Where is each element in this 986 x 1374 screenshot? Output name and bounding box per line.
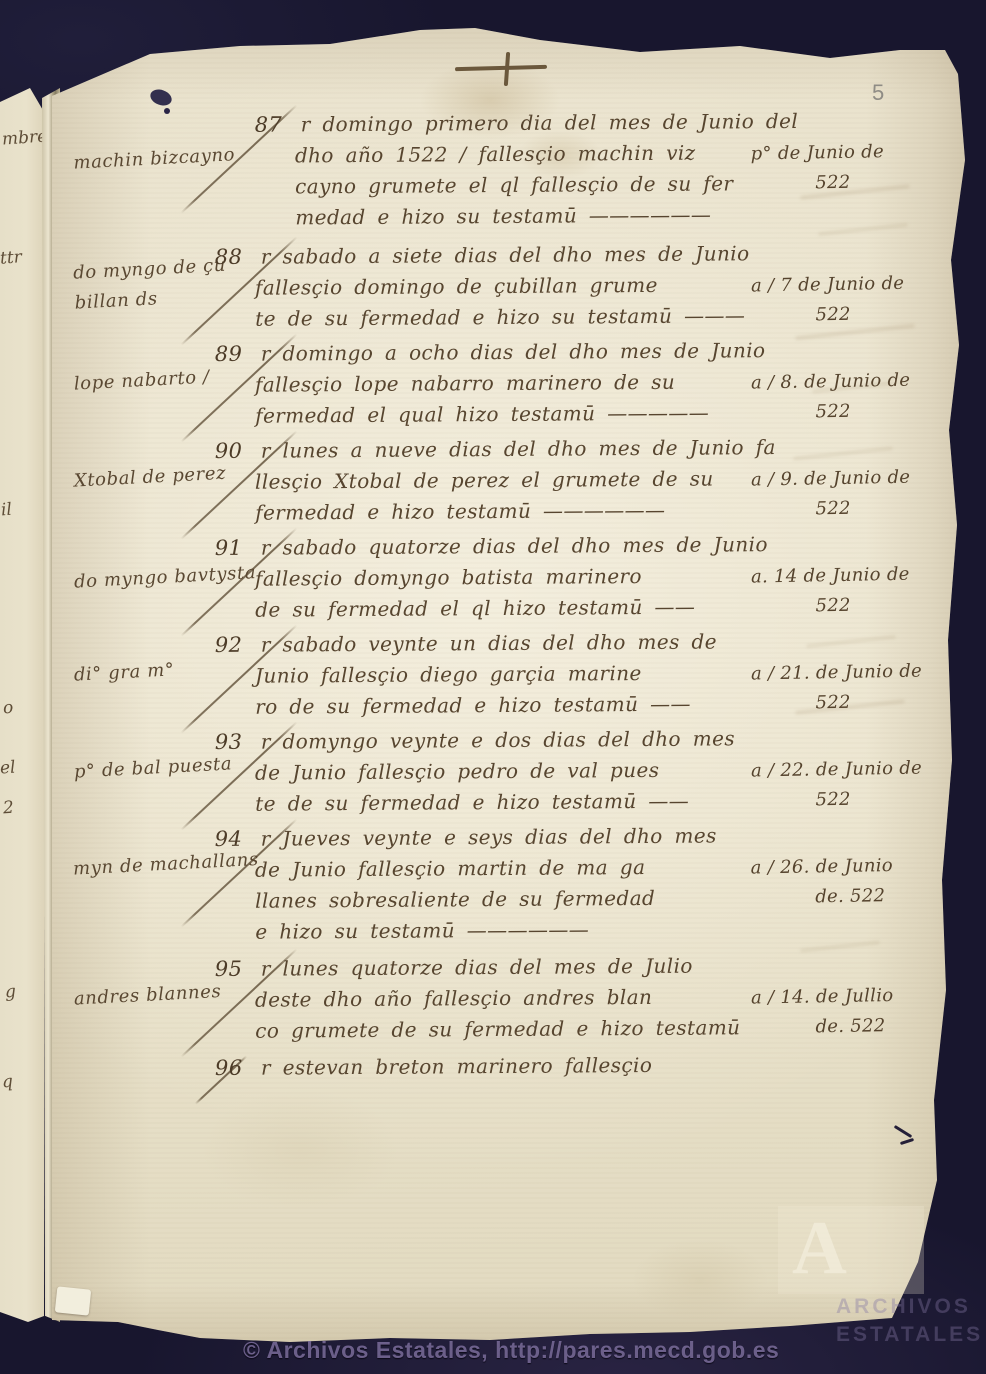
entry-more-lines: dho año 1522 / fallesçio machin vizcayno… [295, 137, 746, 233]
margin-date-line: p° de Junio de [750, 136, 929, 169]
entry-first-line: 96r estevan breton marinero fallesçio [255, 1049, 745, 1083]
entry-body-text: 88r sabado a siete dias del dho mes de J… [255, 238, 746, 334]
entry-number: 93 [215, 727, 261, 758]
margin-date: a / 26. de Junio de. 522 [744, 820, 931, 947]
entry-line-text: r domingo a ocho dias del dho mes de Jun… [261, 338, 766, 366]
entry-line-text: co grumete de su fermedad e hizo testamū [255, 1012, 745, 1046]
margin-name-line: machin bizcayno [73, 141, 255, 176]
entry-first-line: 87r domingo primero dia del mes de Junio… [295, 106, 745, 140]
margin-date-year: 522 [751, 589, 930, 622]
entry-body-text: 95r lunes quatorze dias del mes de Julio… [255, 950, 746, 1046]
entry-number: 90 [215, 436, 261, 467]
entry-first-line: 92r sabado veynte un dias del dho mes de [255, 626, 745, 660]
entry-line-text: r lunes a nueve dias del dho mes de Juni… [261, 435, 776, 463]
ink-mark [894, 1125, 913, 1138]
copyright-watermark: © Archivos Estatales, http://pares.mecd.… [243, 1337, 779, 1364]
margin-date-line: a / 21. de Junio de [751, 656, 930, 689]
register-entries-list: machin bizcayno 87r domingo primero dia … [70, 108, 930, 1086]
watermark-text-line: ARCHIVOS [836, 1293, 986, 1321]
entry-first-line: 90r lunes a nueve dias del dho mes de Ju… [255, 432, 745, 466]
margin-date-year: de. 522 [751, 1010, 930, 1043]
margin-date: a / 21. de Junio de 522 [744, 626, 931, 722]
entry-line-text: fermedad el qual hizo testamū ————— [255, 397, 745, 431]
paper-chip [55, 1286, 92, 1315]
entry-line-text: te de su fermedad e hizo testamū —— [255, 785, 745, 819]
facing-page-text-fragment: ttr [0, 247, 22, 268]
ae-logo-watermark: A [778, 1206, 924, 1294]
facing-page-text-fragment: o [2, 698, 14, 719]
entry-first-line: 91r sabado quatorze dias del dho mes de … [255, 529, 745, 563]
entry-line-text: r sabado a siete dias del dho mes de Jun… [261, 241, 750, 268]
entry-more-lines: Junio fallesçio diego garçia marinero de… [255, 657, 745, 722]
entry-line-text: de su fermedad el ql hizo testamū —— [255, 591, 745, 625]
margin-date: a / 7 de Junio de 522 [744, 238, 931, 334]
margin-date: a / 8. de Junio de 522 [744, 335, 931, 431]
entry-line-text: ro de su fermedad e hizo testamū —— [255, 688, 745, 722]
entry-line-text: llesçio Xtobal de perez el grumete de su [255, 463, 745, 497]
entry-line-text: medad e hizo su testamū —————— [295, 199, 745, 233]
entry-line-text: fallesçio domyngo batista marinero [255, 560, 745, 594]
margin-date-line: a / 26. de Junio [750, 850, 929, 883]
margin-date: p° de Junio de 522 [744, 106, 931, 233]
facing-page-text-fragment: il [0, 500, 12, 521]
entry-first-line: 88r sabado a siete dias del dho mes de J… [255, 238, 745, 272]
watermark-text-line: ESTATALES [836, 1321, 986, 1349]
entry-more-lines: llesçio Xtobal de perez el grumete de su… [255, 463, 745, 528]
scanned-manuscript-background: mbre ttr il o el 2 g q 5 [0, 0, 986, 1374]
margin-date [745, 1049, 931, 1083]
manuscript-page: 5 machin bizcayno 87r domin [0, 0, 986, 1374]
margin-name-line: do myngo bavtysta [73, 560, 255, 595]
archivos-estatales-watermark: ARCHIVOS ESTATALES [836, 1293, 986, 1349]
entry-line-text: r domyngo veynte e dos dias del dho mes [261, 726, 735, 753]
entry-line-text: r sabado quatorze dias del dho mes de Ju… [261, 532, 768, 560]
entry-line-text: r domingo primero dia del mes de Junio d… [301, 109, 799, 136]
entry-line-text: de Junio fallesçio pedro de val pues [255, 754, 745, 788]
margin-date-line: a / 22. de Junio de [751, 753, 930, 786]
register-entry: lope nabarto / 89r domingo a ocho dias d… [70, 337, 930, 430]
margin-date-line [751, 1079, 930, 1082]
entry-line-text: r estevan breton marinero fallesçio [261, 1053, 652, 1080]
register-entry: Xtobal de perez 90r lunes a nueve dias d… [70, 434, 930, 527]
facing-page-text-fragment: 2 [2, 798, 14, 819]
margin-date-year: 522 [751, 166, 930, 199]
margin-date: a / 9. de Junio de 522 [744, 432, 931, 528]
margin-date-line: a / 14. de Jullio [751, 980, 930, 1013]
entry-more-lines: fallesçio lope nabarro marinero de sufer… [255, 366, 745, 431]
margin-date-year: 522 [751, 298, 930, 331]
entry-body-text: 90r lunes a nueve dias del dho mes de Ju… [255, 432, 746, 528]
ink-mark [900, 1138, 914, 1145]
folio-page-number: 5 [872, 80, 884, 106]
entry-number: 87 [255, 109, 301, 140]
margin-date-year: 522 [751, 395, 930, 428]
register-entry: p° de bal puesta 93r domyngo veynte e do… [70, 725, 930, 818]
entry-line-text: Junio fallesçio diego garçia marine [255, 657, 745, 691]
margin-date-year [751, 1079, 930, 1082]
entry-body-text: 96r estevan breton marinero fallesçio [255, 1049, 745, 1083]
register-entry: myn de machallans 94r Jueves veynte e se… [70, 822, 930, 946]
margin-date-year: 522 [751, 686, 930, 719]
entry-line-text: r lunes quatorze dias del mes de Julio [261, 954, 693, 981]
margin-date: a / 22. de Junio de 522 [744, 723, 931, 819]
entry-line-text: fallesçio domingo de çubillan grume [255, 269, 745, 303]
entry-body-text: 87r domingo primero dia del mes de Junio… [255, 106, 746, 233]
facing-page-text-fragment: q [1, 1072, 13, 1093]
entry-first-line: 94r Jueves veynte e seys dias del dho me… [255, 820, 745, 854]
entry-number: 96 [215, 1053, 261, 1084]
register-entry: di° gra m° 92r sabado veynte un dias del… [70, 628, 930, 721]
entry-line-text: e hizo su testamū —————— [255, 913, 745, 947]
register-entry: andres blannes 95r lunes quatorze dias d… [70, 952, 930, 1045]
entry-body-text: 94r Jueves veynte e seys dias del dho me… [255, 820, 746, 947]
entry-line-text: deste dho año fallesçio andres blan [255, 981, 745, 1015]
entry-line-text: cayno grumete el ql fallesçio de su fer [295, 168, 745, 202]
register-entry: machin bizcayno 87r domingo primero dia … [70, 108, 930, 232]
entry-more-lines: de Junio fallesçio pedro de val pueste d… [255, 754, 745, 819]
register-entry: 96r estevan breton marinero fallesçio [70, 1051, 930, 1082]
ink-blot [148, 87, 174, 109]
entry-more-lines: fallesçio domyngo batista marinerode su … [255, 560, 745, 625]
margin-date-line: a / 9. de Junio de [751, 462, 930, 495]
margin-date-year: de. 522 [751, 880, 930, 913]
entry-body-text: 93r domyngo veynte e dos dias del dho me… [255, 723, 746, 819]
entry-line-text: te de su fermedad e hizo su testamū ——— [255, 300, 745, 334]
margin-date: a. 14 de Junio de 522 [744, 529, 931, 625]
entry-line-text: dho año 1522 / fallesçio machin viz [295, 137, 745, 171]
entry-first-line: 93r domyngo veynte e dos dias del dho me… [255, 723, 745, 757]
margin-date-line: a / 8. de Junio de [751, 365, 930, 398]
entry-body-text: 91r sabado quatorze dias del dho mes de … [255, 529, 746, 625]
entry-number: 89 [215, 339, 261, 370]
entry-line-text: r Jueves veynte e seys dias del dho mes [261, 823, 717, 850]
entry-body-text: 92r sabado veynte un dias del dho mes de… [255, 626, 746, 722]
register-entry: do myngo bavtysta 91r sabado quatorze di… [70, 531, 930, 624]
register-entry: do myngo de çu billan ds 88r sabado a si… [70, 240, 930, 333]
entry-line-text: r sabado veynte un dias del dho mes de [261, 629, 717, 656]
entry-number: 94 [215, 824, 261, 855]
entry-number: 88 [215, 242, 261, 273]
entry-first-line: 95r lunes quatorze dias del mes de Julio [255, 950, 745, 984]
entry-body-text: 89r domingo a ocho dias del dho mes de J… [255, 335, 746, 431]
entry-more-lines: deste dho año fallesçio andres blanco gr… [255, 981, 745, 1046]
facing-page-text-fragment: mbre [1, 126, 47, 149]
margin-name: machin bizcayno [67, 103, 258, 237]
facing-page-text-fragment: el [0, 757, 16, 778]
facing-page-text-fragment: g [4, 982, 16, 1003]
facing-page-sliver: mbre ttr il o el 2 g q [0, 0, 44, 1374]
entry-more-lines: de Junio fallesçio martin de ma gallanes… [255, 851, 746, 947]
heading-cross-icon [455, 65, 547, 71]
entry-number: 92 [215, 630, 261, 661]
margin-date: a / 14. de Jullio de. 522 [744, 950, 931, 1046]
margin-date-year: 522 [751, 783, 930, 816]
margin-date-line: a. 14 de Junio de [751, 559, 930, 592]
entry-line-text: fermedad e hizo testamū —————— [255, 494, 745, 528]
entry-number: 91 [215, 533, 261, 564]
entry-number: 95 [215, 954, 261, 985]
entry-line-text: llanes sobresaliente de su fermedad [255, 882, 745, 916]
entry-line-text: de Junio fallesçio martin de ma ga [255, 851, 745, 885]
entry-first-line: 89r domingo a ocho dias del dho mes de J… [255, 335, 745, 369]
margin-date-line: a / 7 de Junio de [751, 268, 930, 301]
entry-more-lines: fallesçio domingo de çubillan grumete de… [255, 269, 745, 334]
margin-date-year: 522 [751, 492, 930, 525]
ae-logo-letter: A [792, 1202, 847, 1294]
entry-line-text: fallesçio lope nabarro marinero de su [255, 366, 745, 400]
